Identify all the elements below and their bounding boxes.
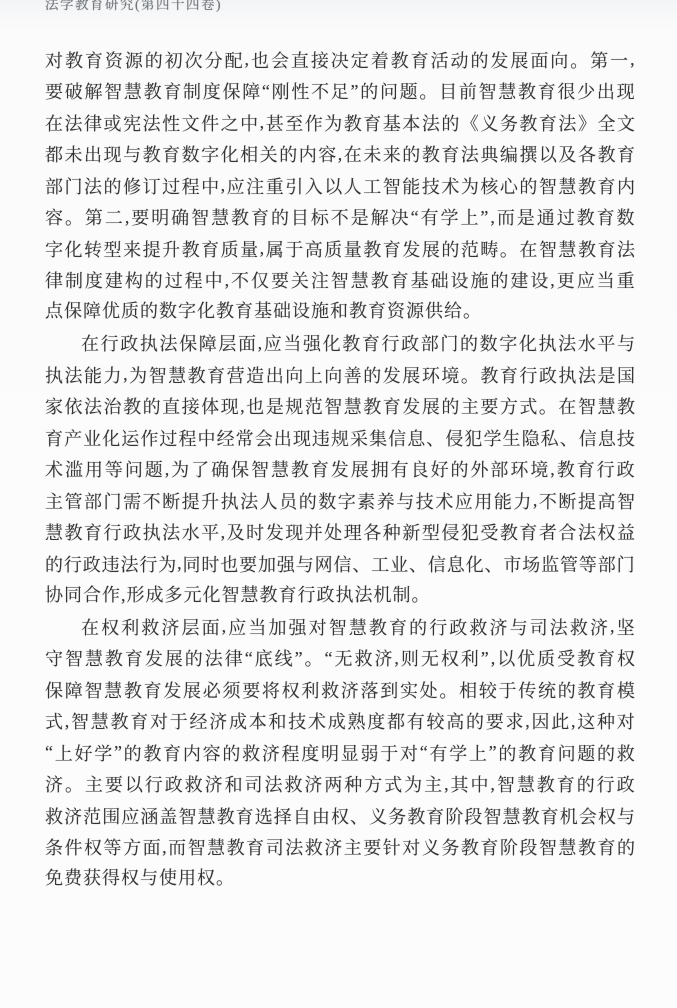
text-line: 免费获得权与使用权。 bbox=[45, 863, 635, 895]
text-line: 律制度建构的过程中,不仅要关注智慧教育基础设施的建设,更应当重 bbox=[45, 265, 635, 297]
text-line: 主管部门需不断提升执法人员的数字素养与技术应用能力,不断提高智 bbox=[45, 485, 635, 517]
text-line: 术滥用等问题,为了确保智慧教育发展拥有良好的外部环境,教育行政 bbox=[45, 454, 635, 486]
text-line: “上好学”的教育内容的救济程度明显弱于对“有学上”的教育问题的救 bbox=[45, 737, 635, 769]
text-line: 对教育资源的初次分配,也会直接决定着教育活动的发展面向。第一, bbox=[45, 44, 635, 76]
text-line: 点保障优质的数字化教育基础设施和教育资源供给。 bbox=[45, 296, 635, 328]
text-line: 在权利救济层面,应当加强对智慧教育的行政救济与司法救济,坚 bbox=[45, 611, 635, 643]
text-line: 救济范围应涵盖智慧教育选择自由权、义务教育阶段智慧教育机会权与 bbox=[45, 800, 635, 832]
text-line: 协同合作,形成多元化智慧教育行政执法机制。 bbox=[45, 580, 635, 612]
text-line: 保障智慧教育发展必须要将权利救济落到实处。相较于传统的教育模 bbox=[45, 674, 635, 706]
running-header: 法学教育研究(第四十四卷) bbox=[45, 0, 222, 13]
text-line: 家依法治教的直接体现,也是规范智慧教育发展的主要方式。在智慧教 bbox=[45, 391, 635, 423]
text-line: 守智慧教育发展的法律“底线”。“无救济,则无权利”,以优质受教育权 bbox=[45, 643, 635, 675]
text-line: 济。主要以行政救济和司法救济两种方式为主,其中,智慧教育的行政 bbox=[45, 769, 635, 801]
text-line: 育产业化运作过程中经常会出现违规采集信息、侵犯学生隐私、信息技 bbox=[45, 422, 635, 454]
text-line: 式,智慧教育对于经济成本和技术成熟度都有较高的要求,因此,这种对 bbox=[45, 706, 635, 738]
text-line: 在法律或宪法性文件之中,甚至作为教育基本法的《义务教育法》全文 bbox=[45, 107, 635, 139]
text-line: 要破解智慧教育制度保障“刚性不足”的问题。目前智慧教育很少出现 bbox=[45, 76, 635, 108]
text-line: 字化转型来提升教育质量,属于高质量教育发展的范畴。在智慧教育法 bbox=[45, 233, 635, 265]
text-line: 慧教育行政执法水平,及时发现并处理各种新型侵犯受教育者合法权益 bbox=[45, 517, 635, 549]
text-line: 都未出现与教育数字化相关的内容,在未来的教育法典编撰以及各教育 bbox=[45, 139, 635, 171]
text-line: 部门法的修订过程中,应注重引入以人工智能技术为核心的智慧教育内 bbox=[45, 170, 635, 202]
text-line: 在行政执法保障层面,应当强化教育行政部门的数字化执法水平与 bbox=[45, 328, 635, 360]
text-line: 条件权等方面,而智慧教育司法救济主要针对义务教育阶段智慧教育的 bbox=[45, 832, 635, 864]
text-line: 执法能力,为智慧教育营造出向上向善的发展环境。教育行政执法是国 bbox=[45, 359, 635, 391]
document-page: 法学教育研究(第四十四卷) 对教育资源的初次分配,也会直接决定着教育活动的发展面… bbox=[0, 0, 677, 1008]
body-text: 对教育资源的初次分配,也会直接决定着教育活动的发展面向。第一,要破解智慧教育制度… bbox=[45, 44, 635, 895]
text-line: 的行政违法行为,同时也要加强与网信、工业、信息化、市场监管等部门 bbox=[45, 548, 635, 580]
text-line: 容。第二,要明确智慧教育的目标不是解决“有学上”,而是通过教育数 bbox=[45, 202, 635, 234]
